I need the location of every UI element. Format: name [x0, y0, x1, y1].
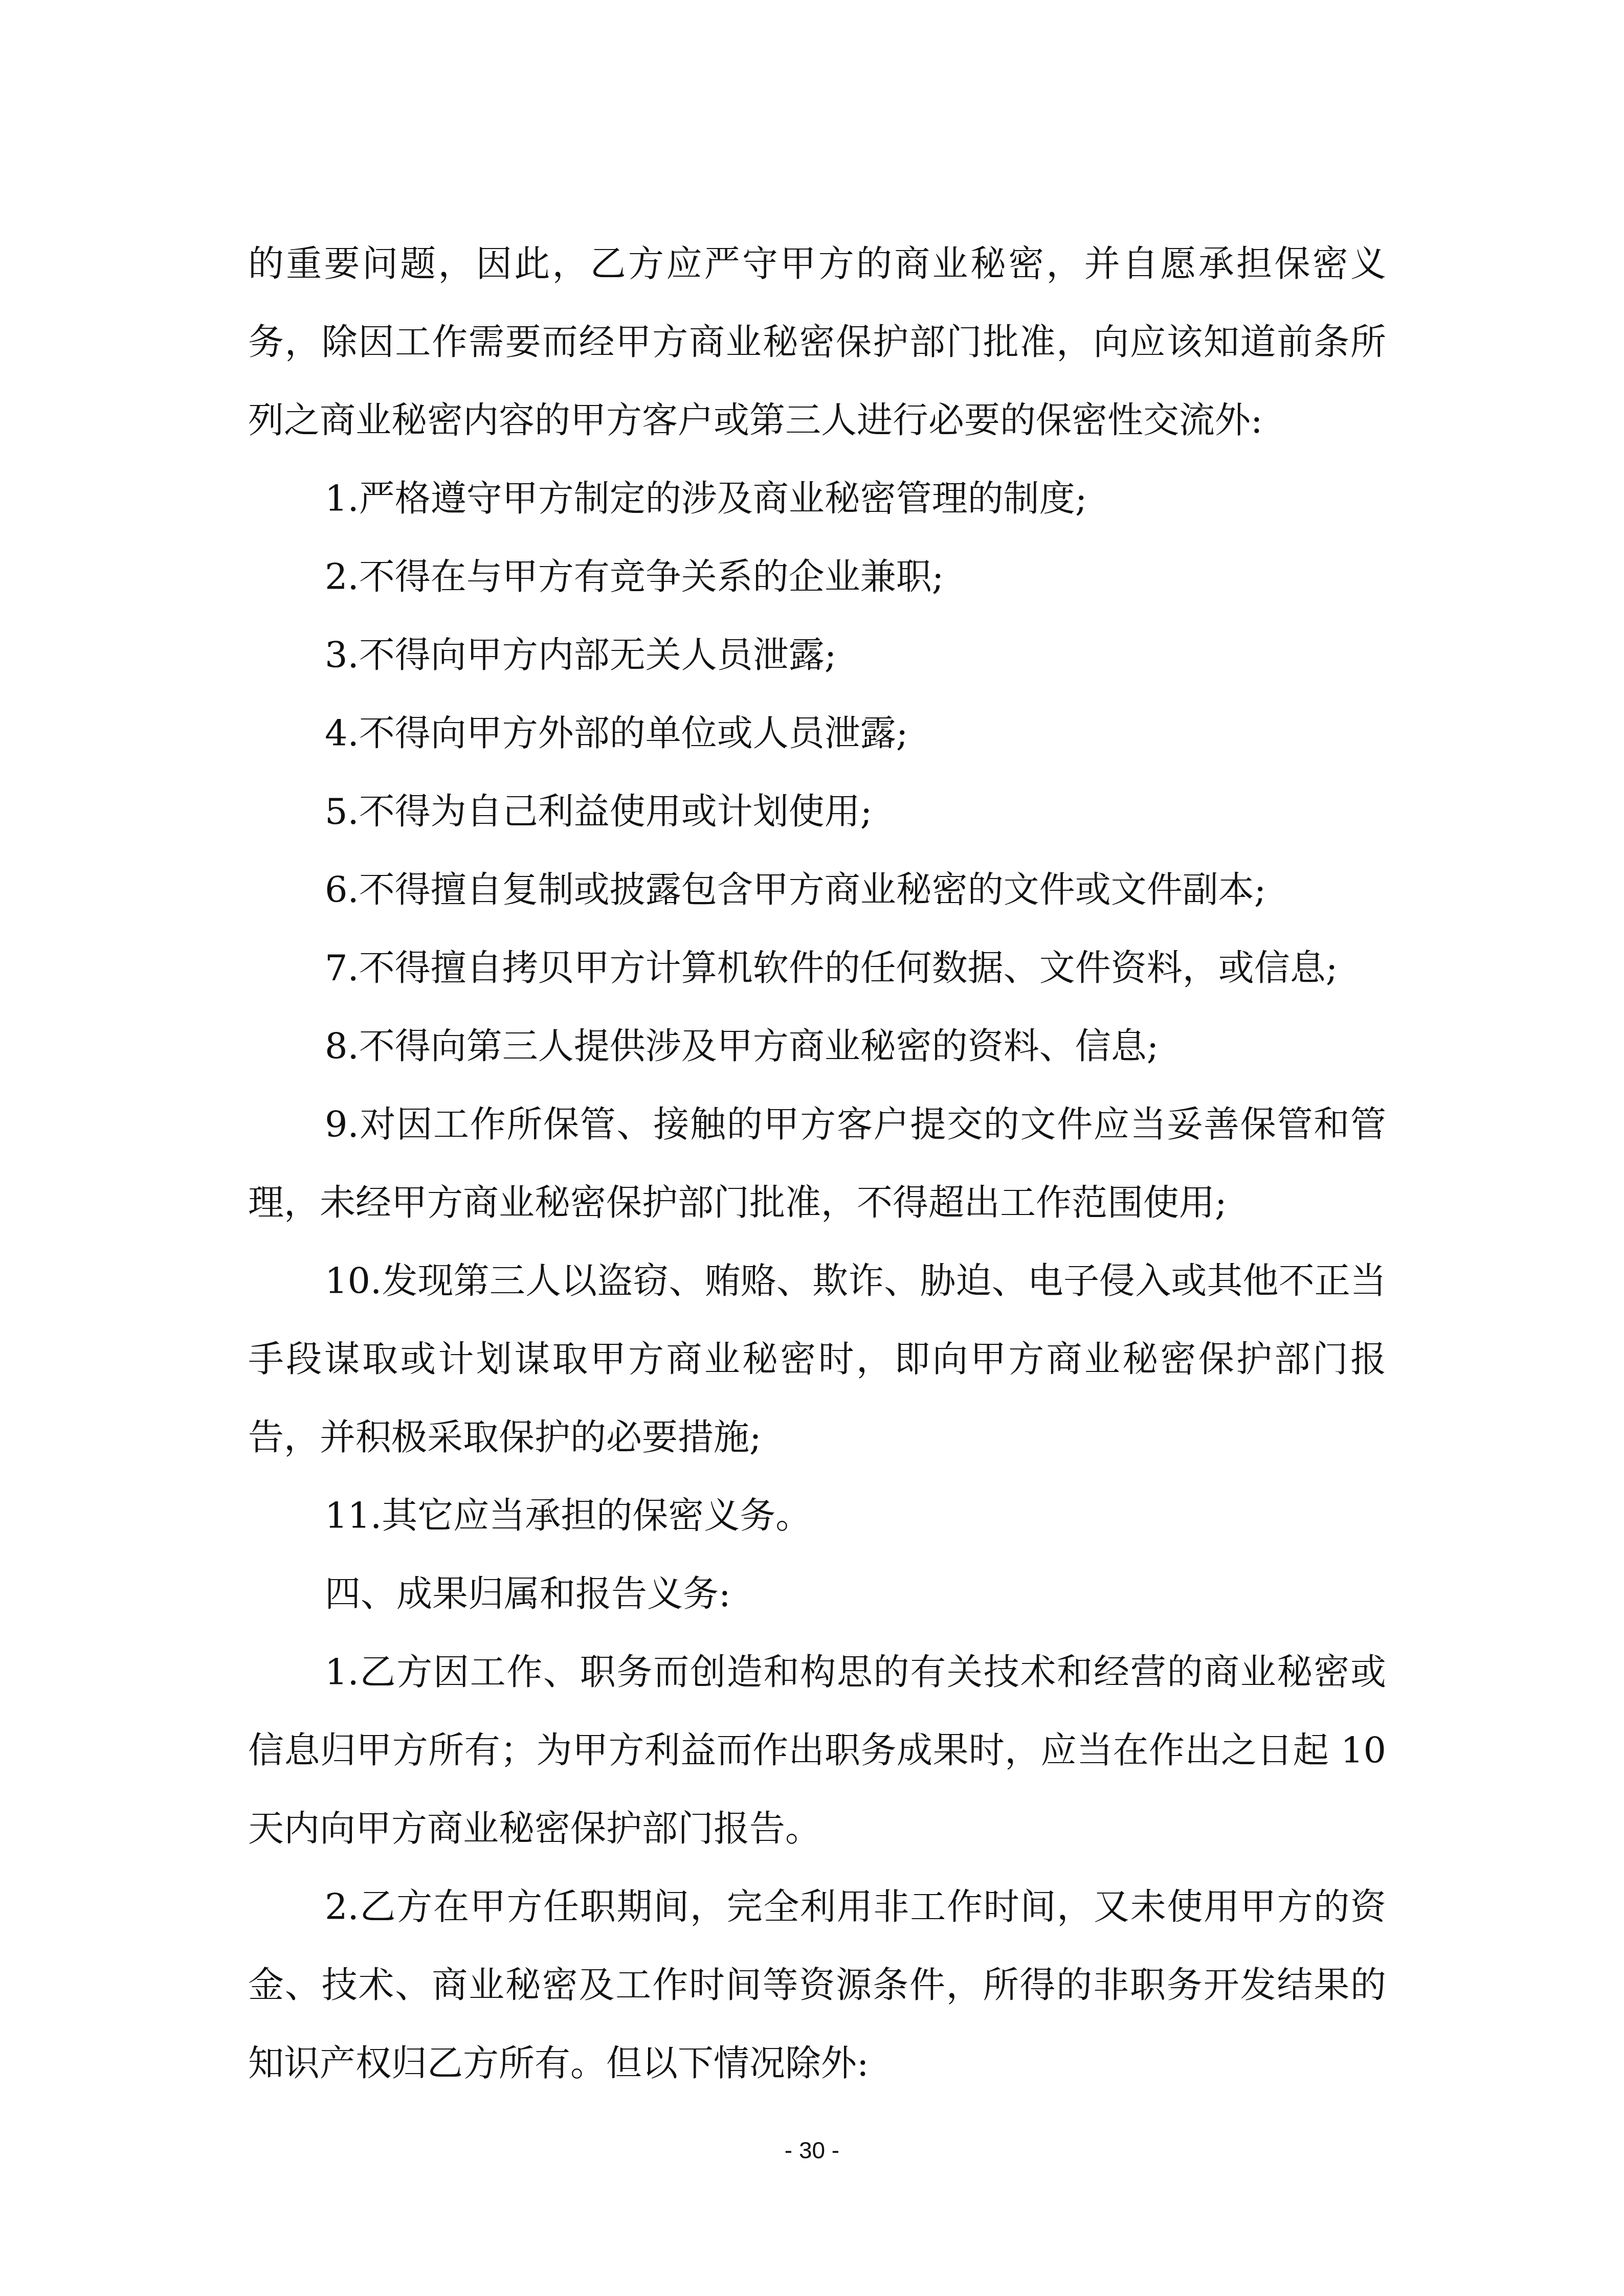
paragraph-continuation: 的重要问题，因此，乙方应严守甲方的商业秘密，并自愿承担保密义务，除因工作需要而经…: [248, 225, 1386, 460]
paragraph-item-2: 2.不得在与甲方有竞争关系的企业兼职;: [248, 538, 1386, 616]
section-heading-4: 四、成果归属和报告义务:: [248, 1555, 1386, 1633]
page-number: - 30 -: [0, 2136, 1624, 2164]
document-body: 的重要问题，因此，乙方应严守甲方的商业秘密，并自愿承担保密义务，除因工作需要而经…: [248, 225, 1386, 2103]
paragraph-item-3: 3.不得向甲方内部无关人员泄露;: [248, 616, 1386, 694]
paragraph-item-1: 1.严格遵守甲方制定的涉及商业秘密管理的制度;: [248, 460, 1386, 538]
paragraph-item-10: 10.发现第三人以盗窃、贿赂、欺诈、胁迫、电子侵入或其他不正当手段谋取或计划谋取…: [248, 1242, 1386, 1477]
paragraph-item-4: 4.不得向甲方外部的单位或人员泄露;: [248, 694, 1386, 773]
paragraph-item-11: 11.其它应当承担的保密义务。: [248, 1477, 1386, 1555]
paragraph-item-9: 9.对因工作所保管、接触的甲方客户提交的文件应当妥善保管和管理，未经甲方商业秘密…: [248, 1086, 1386, 1242]
document-page: 的重要问题，因此，乙方应严守甲方的商业秘密，并自愿承担保密义务，除因工作需要而经…: [0, 0, 1624, 2296]
paragraph-section4-item-1: 1.乙方因工作、职务而创造和构思的有关技术和经营的商业秘密或信息归甲方所有；为甲…: [248, 1633, 1386, 1868]
paragraph-section4-item-2: 2.乙方在甲方任职期间，完全利用非工作时间，又未使用甲方的资金、技术、商业秘密及…: [248, 1868, 1386, 2103]
paragraph-item-7: 7.不得擅自拷贝甲方计算机软件的任何数据、文件资料，或信息;: [248, 929, 1386, 1007]
paragraph-item-8: 8.不得向第三人提供涉及甲方商业秘密的资料、信息;: [248, 1007, 1386, 1086]
paragraph-item-6: 6.不得擅自复制或披露包含甲方商业秘密的文件或文件副本;: [248, 851, 1386, 929]
paragraph-item-5: 5.不得为自己利益使用或计划使用;: [248, 773, 1386, 851]
